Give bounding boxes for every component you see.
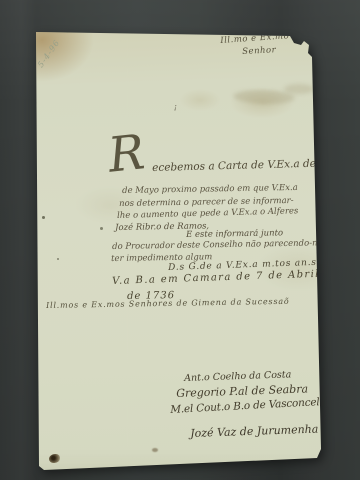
salutation-line-2: Senhor [242, 45, 276, 57]
manuscript-photo: 5-4-96 Ill.mo e Ex.mo Senhor ¡ R ecebemo… [0, 0, 360, 480]
signature-4: Jozé Vaz de Jurumenha [190, 423, 319, 440]
paper-blemish-spot [152, 448, 158, 452]
body-line-2: de Mayo proximo passado em que V.Ex.a [122, 183, 298, 196]
paper-shadow: 5-4-96 Ill.mo e Ex.mo Senhor ¡ R ecebemo… [0, 0, 360, 480]
paper-blemish-spot [49, 454, 60, 463]
addressee-line: Ill.mos e Ex.mos Senhores de Gimena da S… [46, 297, 290, 310]
archival-pencil-note: 5-4-96 [36, 38, 62, 69]
ink-bleedthrough-mark [284, 84, 314, 94]
body-line-6: E este informará junto [186, 228, 283, 240]
dateline-line-1: V.a B.a em Camara de 7 de Abril [112, 269, 320, 287]
body-line-1: ecebemos a Carta de V.Ex.a de 7 [152, 157, 326, 174]
signature-1: Ant.o Coelho da Costa [184, 369, 291, 384]
letter-paper: 5-4-96 Ill.mo e Ex.mo Senhor ¡ R ecebemo… [0, 0, 360, 480]
body-line-7: do Procurador deste Conselho não parecen… [112, 238, 327, 252]
paper-speck [57, 258, 59, 260]
stray-ink-mark: ¡ [174, 103, 177, 111]
paper-speck [42, 216, 45, 219]
salutation-line-1: Ill.mo e Ex.mo [220, 31, 290, 46]
paper-speck [100, 227, 103, 230]
flourished-initial: R [106, 128, 147, 180]
